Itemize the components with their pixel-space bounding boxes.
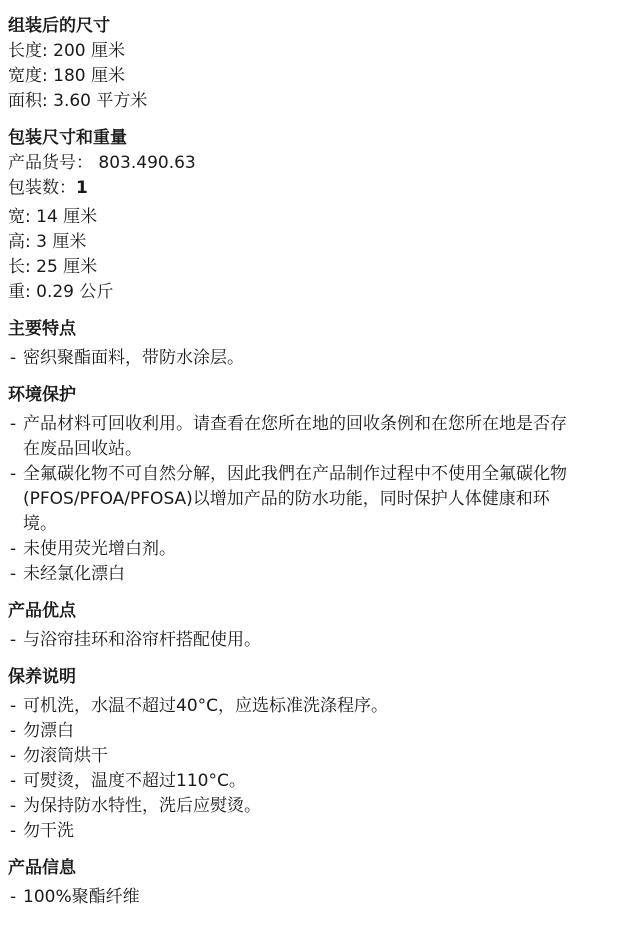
spec-group: 宽: 14 厘米高: 3 厘米长: 25 厘米重: 0.29 公斤 [8, 205, 610, 305]
spec-value: 1 [76, 178, 88, 198]
section-assembled-size: 组装后的尺寸长度: 200 厘米宽度: 180 厘米面积: 3.60 平方米 [8, 14, 610, 114]
bullet-item: 产品材料可回收利用。请查看在您所在地的回收条例和在您所在地是否存在废品回收站。 [8, 412, 571, 462]
spec-line: 长度: 200 厘米 [8, 39, 610, 64]
bullet-list: 产品材料可回收利用。请查看在您所在地的回收条例和在您所在地是否存在废品回收站。全… [8, 412, 610, 587]
bullet-item: 勿漂白 [8, 719, 571, 744]
section-heading-good-to-know: 产品优点 [8, 599, 610, 624]
section-heading-package-size-weight: 包装尺寸和重量 [8, 126, 610, 151]
bullet-list: 与浴帘挂环和浴帘杆搭配使用。 [8, 628, 610, 653]
spec-line: 宽: 14 厘米 [8, 205, 610, 230]
bullet-item: 密织聚酯面料，带防水涂层。 [8, 346, 571, 371]
bullet-item: 与浴帘挂环和浴帘杆搭配使用。 [8, 628, 571, 653]
product-details: 组装后的尺寸长度: 200 厘米宽度: 180 厘米面积: 3.60 平方米包装… [8, 14, 610, 910]
spec-group: 产品货号： 803.490.63包装数：1 [8, 151, 610, 201]
bullet-list: 100%聚酯纤维 [8, 885, 610, 910]
bullet-item: 勿滚筒烘干 [8, 744, 571, 769]
bullet-list: 可机洗，水温不超过40°C，应选标准洗涤程序。勿漂白勿滚筒烘干可熨烫，温度不超过… [8, 694, 610, 844]
bullet-item: 全氟碳化物不可自然分解，因此我們在产品制作过程中不使用全氟碳化物(PFOS/PF… [8, 462, 571, 537]
section-heading-key-features: 主要特点 [8, 317, 610, 342]
bullet-item: 未使用荧光增白剂。 [8, 537, 571, 562]
spec-line: 面积: 3.60 平方米 [8, 89, 610, 114]
bullet-item: 可机洗，水温不超过40°C，应选标准洗涤程序。 [8, 694, 571, 719]
product-detail-page: { "page": { "background_color": "#ffffff… [0, 0, 618, 930]
section-package-size-weight: 包装尺寸和重量产品货号： 803.490.63包装数：1宽: 14 厘米高: 3… [8, 126, 610, 305]
section-product-information: 产品信息100%聚酯纤维 [8, 856, 610, 910]
spec-line: 包装数：1 [8, 176, 610, 201]
bullet-list: 密织聚酯面料，带防水涂层。 [8, 346, 610, 371]
section-environment: 环境保护产品材料可回收利用。请查看在您所在地的回收条例和在您所在地是否存在废品回… [8, 383, 610, 587]
spec-line: 高: 3 厘米 [8, 230, 610, 255]
bullet-item: 100%聚酯纤维 [8, 885, 571, 910]
spec-line: 重: 0.29 公斤 [8, 280, 610, 305]
section-good-to-know: 产品优点与浴帘挂环和浴帘杆搭配使用。 [8, 599, 610, 653]
section-heading-care-instructions: 保养说明 [8, 665, 610, 690]
bullet-item: 可熨烫，温度不超过110°C。 [8, 769, 571, 794]
spec-line: 长: 25 厘米 [8, 255, 610, 280]
section-heading-product-information: 产品信息 [8, 856, 610, 881]
bullet-item: 为保持防水特性，洗后应熨烫。 [8, 794, 571, 819]
bullet-item: 未经氯化漂白 [8, 562, 571, 587]
spec-label: 包装数： [8, 178, 76, 198]
bullet-item: 勿干洗 [8, 819, 571, 844]
spec-line: 产品货号： 803.490.63 [8, 151, 610, 176]
spec-line: 宽度: 180 厘米 [8, 64, 610, 89]
section-heading-assembled-size: 组装后的尺寸 [8, 14, 610, 39]
spec-group: 长度: 200 厘米宽度: 180 厘米面积: 3.60 平方米 [8, 39, 610, 114]
section-care-instructions: 保养说明可机洗，水温不超过40°C，应选标准洗涤程序。勿漂白勿滚筒烘干可熨烫，温… [8, 665, 610, 844]
section-key-features: 主要特点密织聚酯面料，带防水涂层。 [8, 317, 610, 371]
section-heading-environment: 环境保护 [8, 383, 610, 408]
